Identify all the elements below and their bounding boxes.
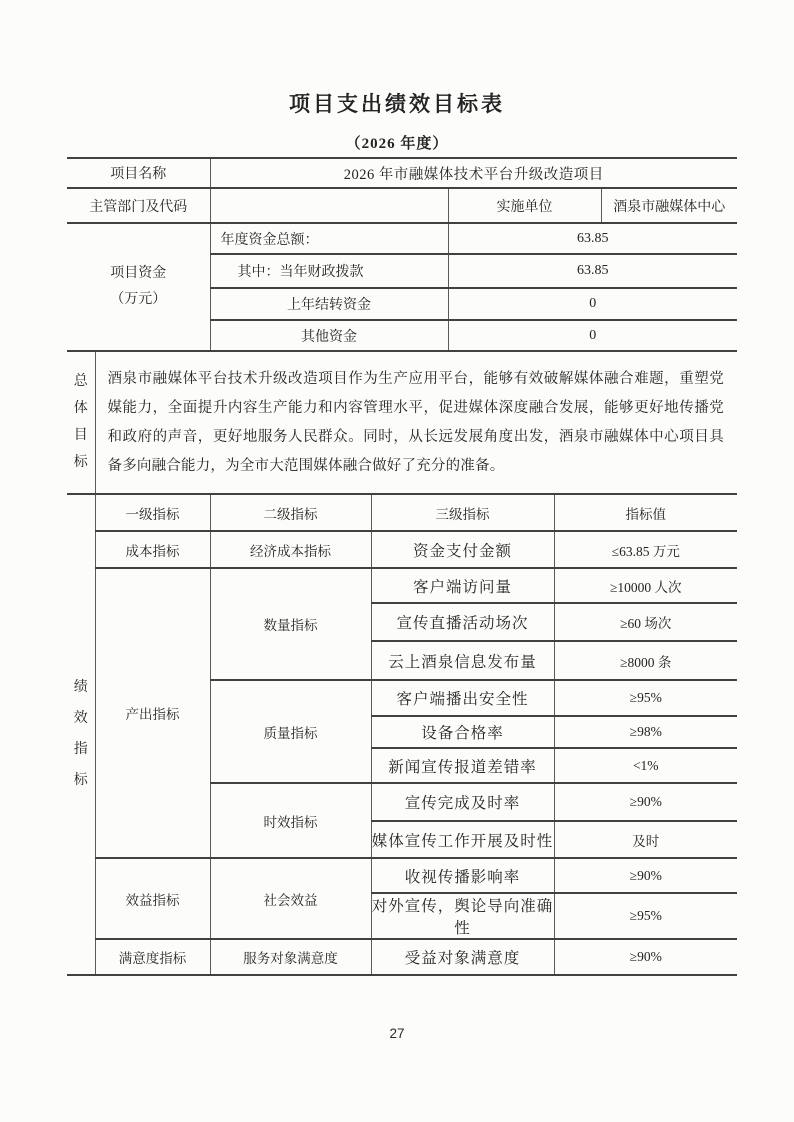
indicator-name: 资金支付金额 (371, 531, 554, 568)
indicator-row: 产出指标 数量指标 客户端访问量 ≥10000 人次 (67, 568, 737, 603)
indicator-name: 媒体宣传工作开展及时性 (371, 821, 554, 858)
project-name-value: 2026 年市融媒体技术平台升级改造项目 (210, 158, 737, 188)
level2-quantity: 数量指标 (210, 568, 371, 680)
indicator-value: ≥90% (554, 939, 737, 975)
goal-and-indicators-table: 总 体 目 标 酒泉市融媒体平台技术升级改造项目作为生产应用平台，能够有效破解媒… (67, 350, 737, 976)
overall-goal-vertical-label: 总 体 目 标 (67, 351, 95, 494)
goal-char-3: 目 (74, 429, 88, 443)
department-label: 主管部门及代码 (67, 188, 210, 223)
level2-service-satisfaction: 服务对象满意度 (210, 939, 371, 975)
header-level1: 一级指标 (95, 494, 210, 531)
funds-fiscal-value: 63.85 (448, 254, 737, 288)
overall-goal-text: 酒泉市融媒体平台技术升级改造项目作为生产应用平台，能够有效破解媒体融合难题，重塑… (95, 351, 737, 494)
page-subtitle: （2026 年度） (0, 132, 794, 153)
indicator-value: ≥10000 人次 (554, 568, 737, 603)
funds-total-value: 63.85 (448, 223, 737, 254)
indicator-row-cost: 成本指标 经济成本指标 资金支付金额 ≤63.85 万元 (67, 531, 737, 568)
indicator-name: 受益对象满意度 (371, 939, 554, 975)
indicator-row-satisfaction: 满意度指标 服务对象满意度 受益对象满意度 ≥90% (67, 939, 737, 975)
indicator-name: 宣传完成及时率 (371, 783, 554, 821)
indicator-value: <1% (554, 748, 737, 783)
indicator-name: 云上酒泉信息发布量 (371, 641, 554, 680)
funds-total-label: 年度资金总额： (210, 223, 448, 254)
project-info-table: 项目名称 2026 年市融媒体技术平台升级改造项目 主管部门及代码 实施单位 酒… (67, 157, 737, 352)
indicator-value: ≥95% (554, 680, 737, 716)
department-value (210, 188, 448, 223)
level2-timeliness: 时效指标 (210, 783, 371, 858)
project-name-row: 项目名称 2026 年市融媒体技术平台升级改造项目 (67, 158, 737, 188)
indicator-name: 收视传播影响率 (371, 858, 554, 893)
indicator-name: 新闻宣传报道差错率 (371, 748, 554, 783)
indicator-name: 宣传直播活动场次 (371, 603, 554, 641)
impl-unit-value: 酒泉市融媒体中心 (601, 188, 737, 223)
header-value: 指标值 (554, 494, 737, 531)
indicators-char-1: 绩 (74, 681, 88, 695)
impl-unit-label: 实施单位 (448, 188, 601, 223)
level1-output: 产出指标 (95, 568, 210, 858)
level1-benefit: 效益指标 (95, 858, 210, 939)
indicator-value: 及时 (554, 821, 737, 858)
department-row: 主管部门及代码 实施单位 酒泉市融媒体中心 (67, 188, 737, 223)
indicators-char-2: 效 (74, 712, 88, 726)
indicator-value: ≤63.85 万元 (554, 531, 737, 568)
indicator-name: 对外宣传，舆论导向准确性 (371, 893, 554, 939)
indicator-row: 效益指标 社会效益 收视传播影响率 ≥90% (67, 858, 737, 893)
indicators-header-row: 绩 效 指 标 一级指标 二级指标 三级指标 指标值 (67, 494, 737, 531)
indicator-value: ≥90% (554, 858, 737, 893)
overall-goal-row: 总 体 目 标 酒泉市融媒体平台技术升级改造项目作为生产应用平台，能够有效破解媒… (67, 351, 737, 494)
funds-label: 项目资金 （万元） (67, 223, 210, 351)
funds-label-line2: （万元） (67, 287, 210, 313)
funds-other-value: 0 (448, 320, 737, 351)
project-name-label: 项目名称 (67, 158, 210, 188)
funds-label-line1: 项目资金 (67, 261, 210, 287)
indicator-value: ≥95% (554, 893, 737, 939)
header-level2: 二级指标 (210, 494, 371, 531)
funds-carryover-value: 0 (448, 288, 737, 320)
level1-cost: 成本指标 (95, 531, 210, 568)
goal-char-4: 标 (74, 456, 88, 470)
indicators-vertical-label: 绩 效 指 标 (67, 494, 95, 975)
page-title: 项目支出绩效目标表 (0, 88, 794, 118)
indicator-value: ≥60 场次 (554, 603, 737, 641)
indicators-char-3: 指 (74, 743, 88, 757)
level1-satisfaction: 满意度指标 (95, 939, 210, 975)
document-page: 项目支出绩效目标表 （2026 年度） 项目名称 2026 年市融媒体技术平台升… (0, 0, 794, 1122)
funds-fiscal-label: 其中：当年财政拨款 (210, 254, 448, 288)
goal-char-1: 总 (74, 375, 88, 389)
level2-social-benefit: 社会效益 (210, 858, 371, 939)
overall-goal-chars: 总 体 目 标 (67, 375, 95, 470)
level2-quality: 质量指标 (210, 680, 371, 783)
indicator-value: ≥90% (554, 783, 737, 821)
indicators-chars: 绩 效 指 标 (67, 681, 95, 788)
header-level3: 三级指标 (371, 494, 554, 531)
goal-char-2: 体 (74, 402, 88, 416)
indicator-value: ≥8000 条 (554, 641, 737, 680)
indicators-char-4: 标 (74, 774, 88, 788)
funds-carryover-label: 上年结转资金 (210, 288, 448, 320)
indicator-name: 客户端播出安全性 (371, 680, 554, 716)
page-number: 27 (0, 1026, 794, 1041)
indicator-name: 客户端访问量 (371, 568, 554, 603)
funds-other-label: 其他资金 (210, 320, 448, 351)
level2-economic-cost: 经济成本指标 (210, 531, 371, 568)
funds-row-total: 项目资金 （万元） 年度资金总额： 63.85 (67, 223, 737, 254)
indicator-value: ≥98% (554, 716, 737, 748)
indicator-name: 设备合格率 (371, 716, 554, 748)
